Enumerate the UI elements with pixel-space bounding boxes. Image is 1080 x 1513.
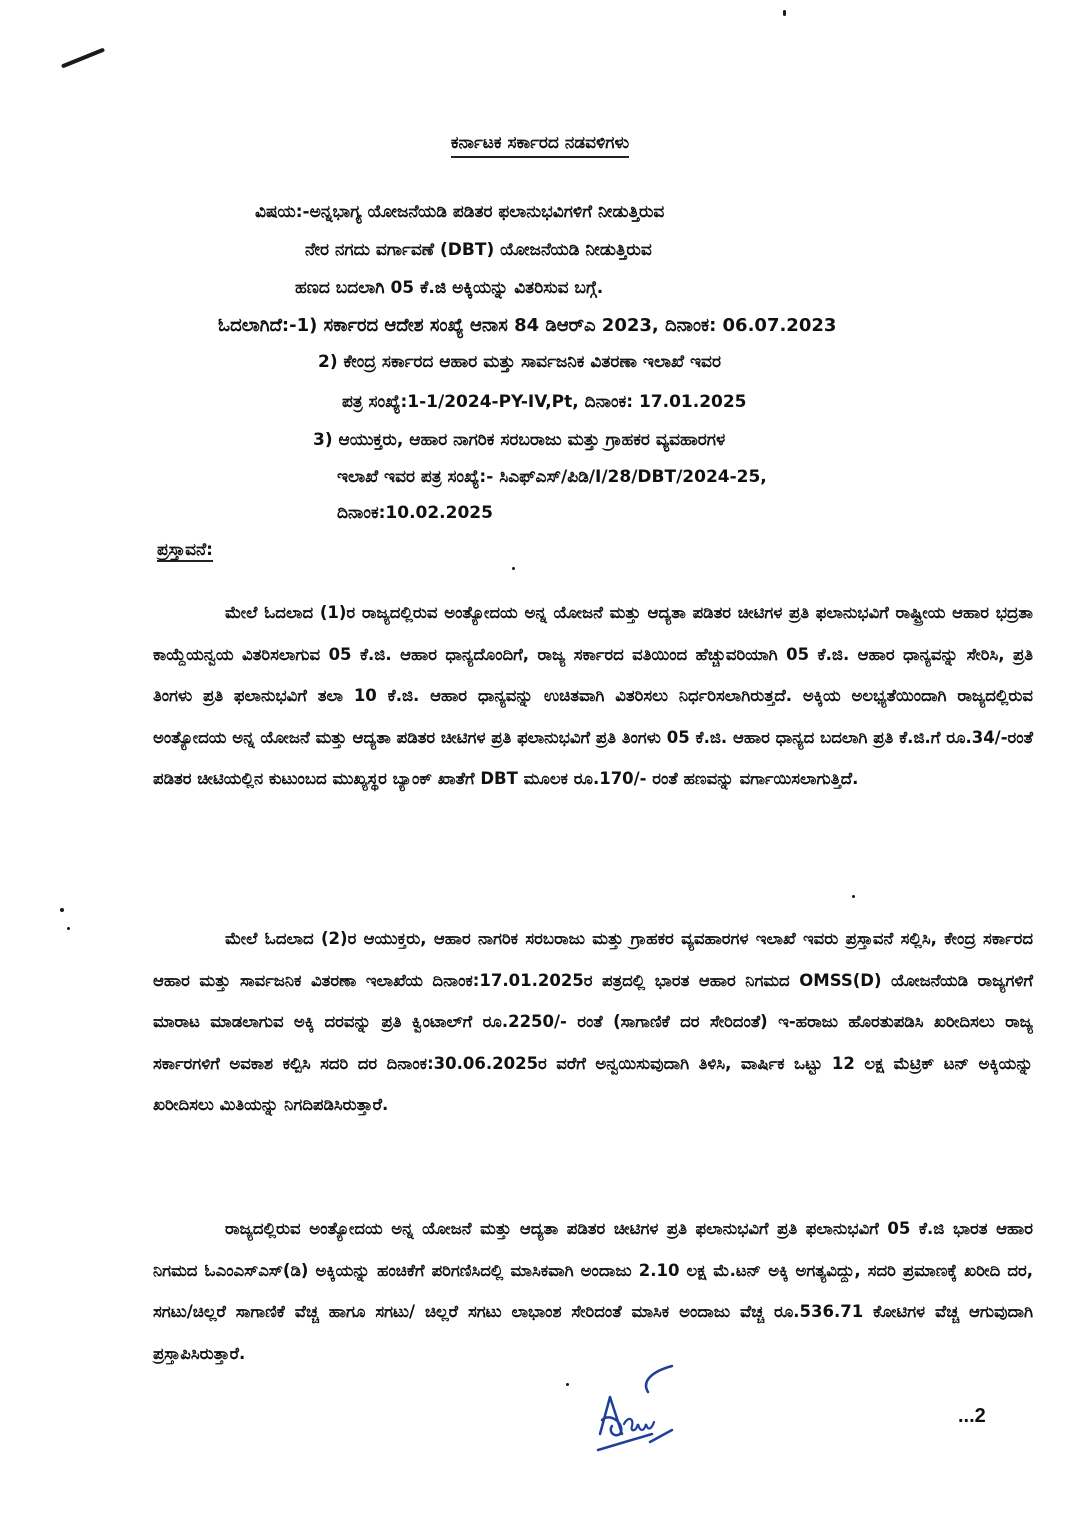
paragraph-1: ಮೇಲೆ ಓದಲಾದ (1)ರ ರಾಜ್ಯದಲ್ಲಿರುವ ಅಂತ್ಯೋದಯ ಅ… bbox=[153, 592, 1033, 800]
preamble-heading: ಪ್ರಸ್ತಾವನೆ: bbox=[157, 540, 213, 560]
scan-mark bbox=[60, 908, 64, 912]
reference-2-line-2: ಪತ್ರ ಸಂಖ್ಯೆ:1-1/2024-PY-IV,Pt, ದಿನಾಂಕ: 1… bbox=[342, 392, 747, 412]
reference-1: ಓದಲಾಗಿದೆ:-1) ಸರ್ಕಾರದ ಆದೇಶ ಸಂಖ್ಯೆ ಆನಾಸ 84… bbox=[218, 315, 836, 336]
scan-mark bbox=[61, 48, 105, 69]
scan-mark bbox=[783, 10, 786, 16]
subject-line-3: ಹಣದ ಬದಲಾಗಿ 05 ಕೆ.ಜಿ ಅಕ್ಕಿಯನ್ನು ವಿತರಿಸುವ … bbox=[295, 278, 603, 298]
subject-line-1: ವಿಷಯ:-ಅನ್ನಭಾಗ್ಯ ಯೋಜನೆಯಡಿ ಪಡಿತರ ಫಲಾನುಭವಿಗ… bbox=[255, 202, 664, 222]
paragraph-3: ರಾಜ್ಯದಲ್ಲಿರುವ ಅಂತ್ಯೋದಯ ಅನ್ನ ಯೋಜನೆ ಮತ್ತು … bbox=[153, 1208, 1033, 1374]
scan-mark bbox=[512, 567, 515, 570]
scan-mark bbox=[566, 1383, 569, 1386]
reference-3-line-3: ದಿನಾಂಕ:10.02.2025 bbox=[337, 503, 493, 523]
page-continuation: ...2 bbox=[958, 1405, 986, 1428]
scan-mark bbox=[67, 927, 70, 930]
reference-2-line-1: 2) ಕೇಂದ್ರ ಸರ್ಕಾರದ ಆಹಾರ ಮತ್ತು ಸಾರ್ವಜನಿಕ ವ… bbox=[318, 352, 721, 372]
subject-line-2: ನೇರ ನಗದು ವರ್ಗಾವಣೆ (DBT) ಯೋಜನೆಯಡಿ ನೀಡುತ್ತ… bbox=[305, 240, 652, 260]
reference-3-line-2: ಇಲಾಖೆ ಇವರ ಪತ್ರ ಸಂಖ್ಯೆ:- ಸಿಎಫ್‌ಎಸ್/ಪಿಡಿ/I… bbox=[337, 467, 767, 487]
signature bbox=[590, 1362, 700, 1457]
document-title: ಕರ್ನಾಟಕ ಸರ್ಕಾರದ ನಡವಳಿಗಳು bbox=[0, 133, 1080, 153]
paragraph-2: ಮೇಲೆ ಓದಲಾದ (2)ರ ಆಯುಕ್ತರು, ಆಹಾರ ನಾಗರಿಕ ಸರ… bbox=[153, 918, 1033, 1126]
reference-3-line-1: 3) ಆಯುಕ್ತರು, ಆಹಾರ ನಾಗರಿಕ ಸರಬರಾಜು ಮತ್ತು ಗ… bbox=[313, 430, 725, 450]
scan-mark bbox=[852, 895, 855, 898]
